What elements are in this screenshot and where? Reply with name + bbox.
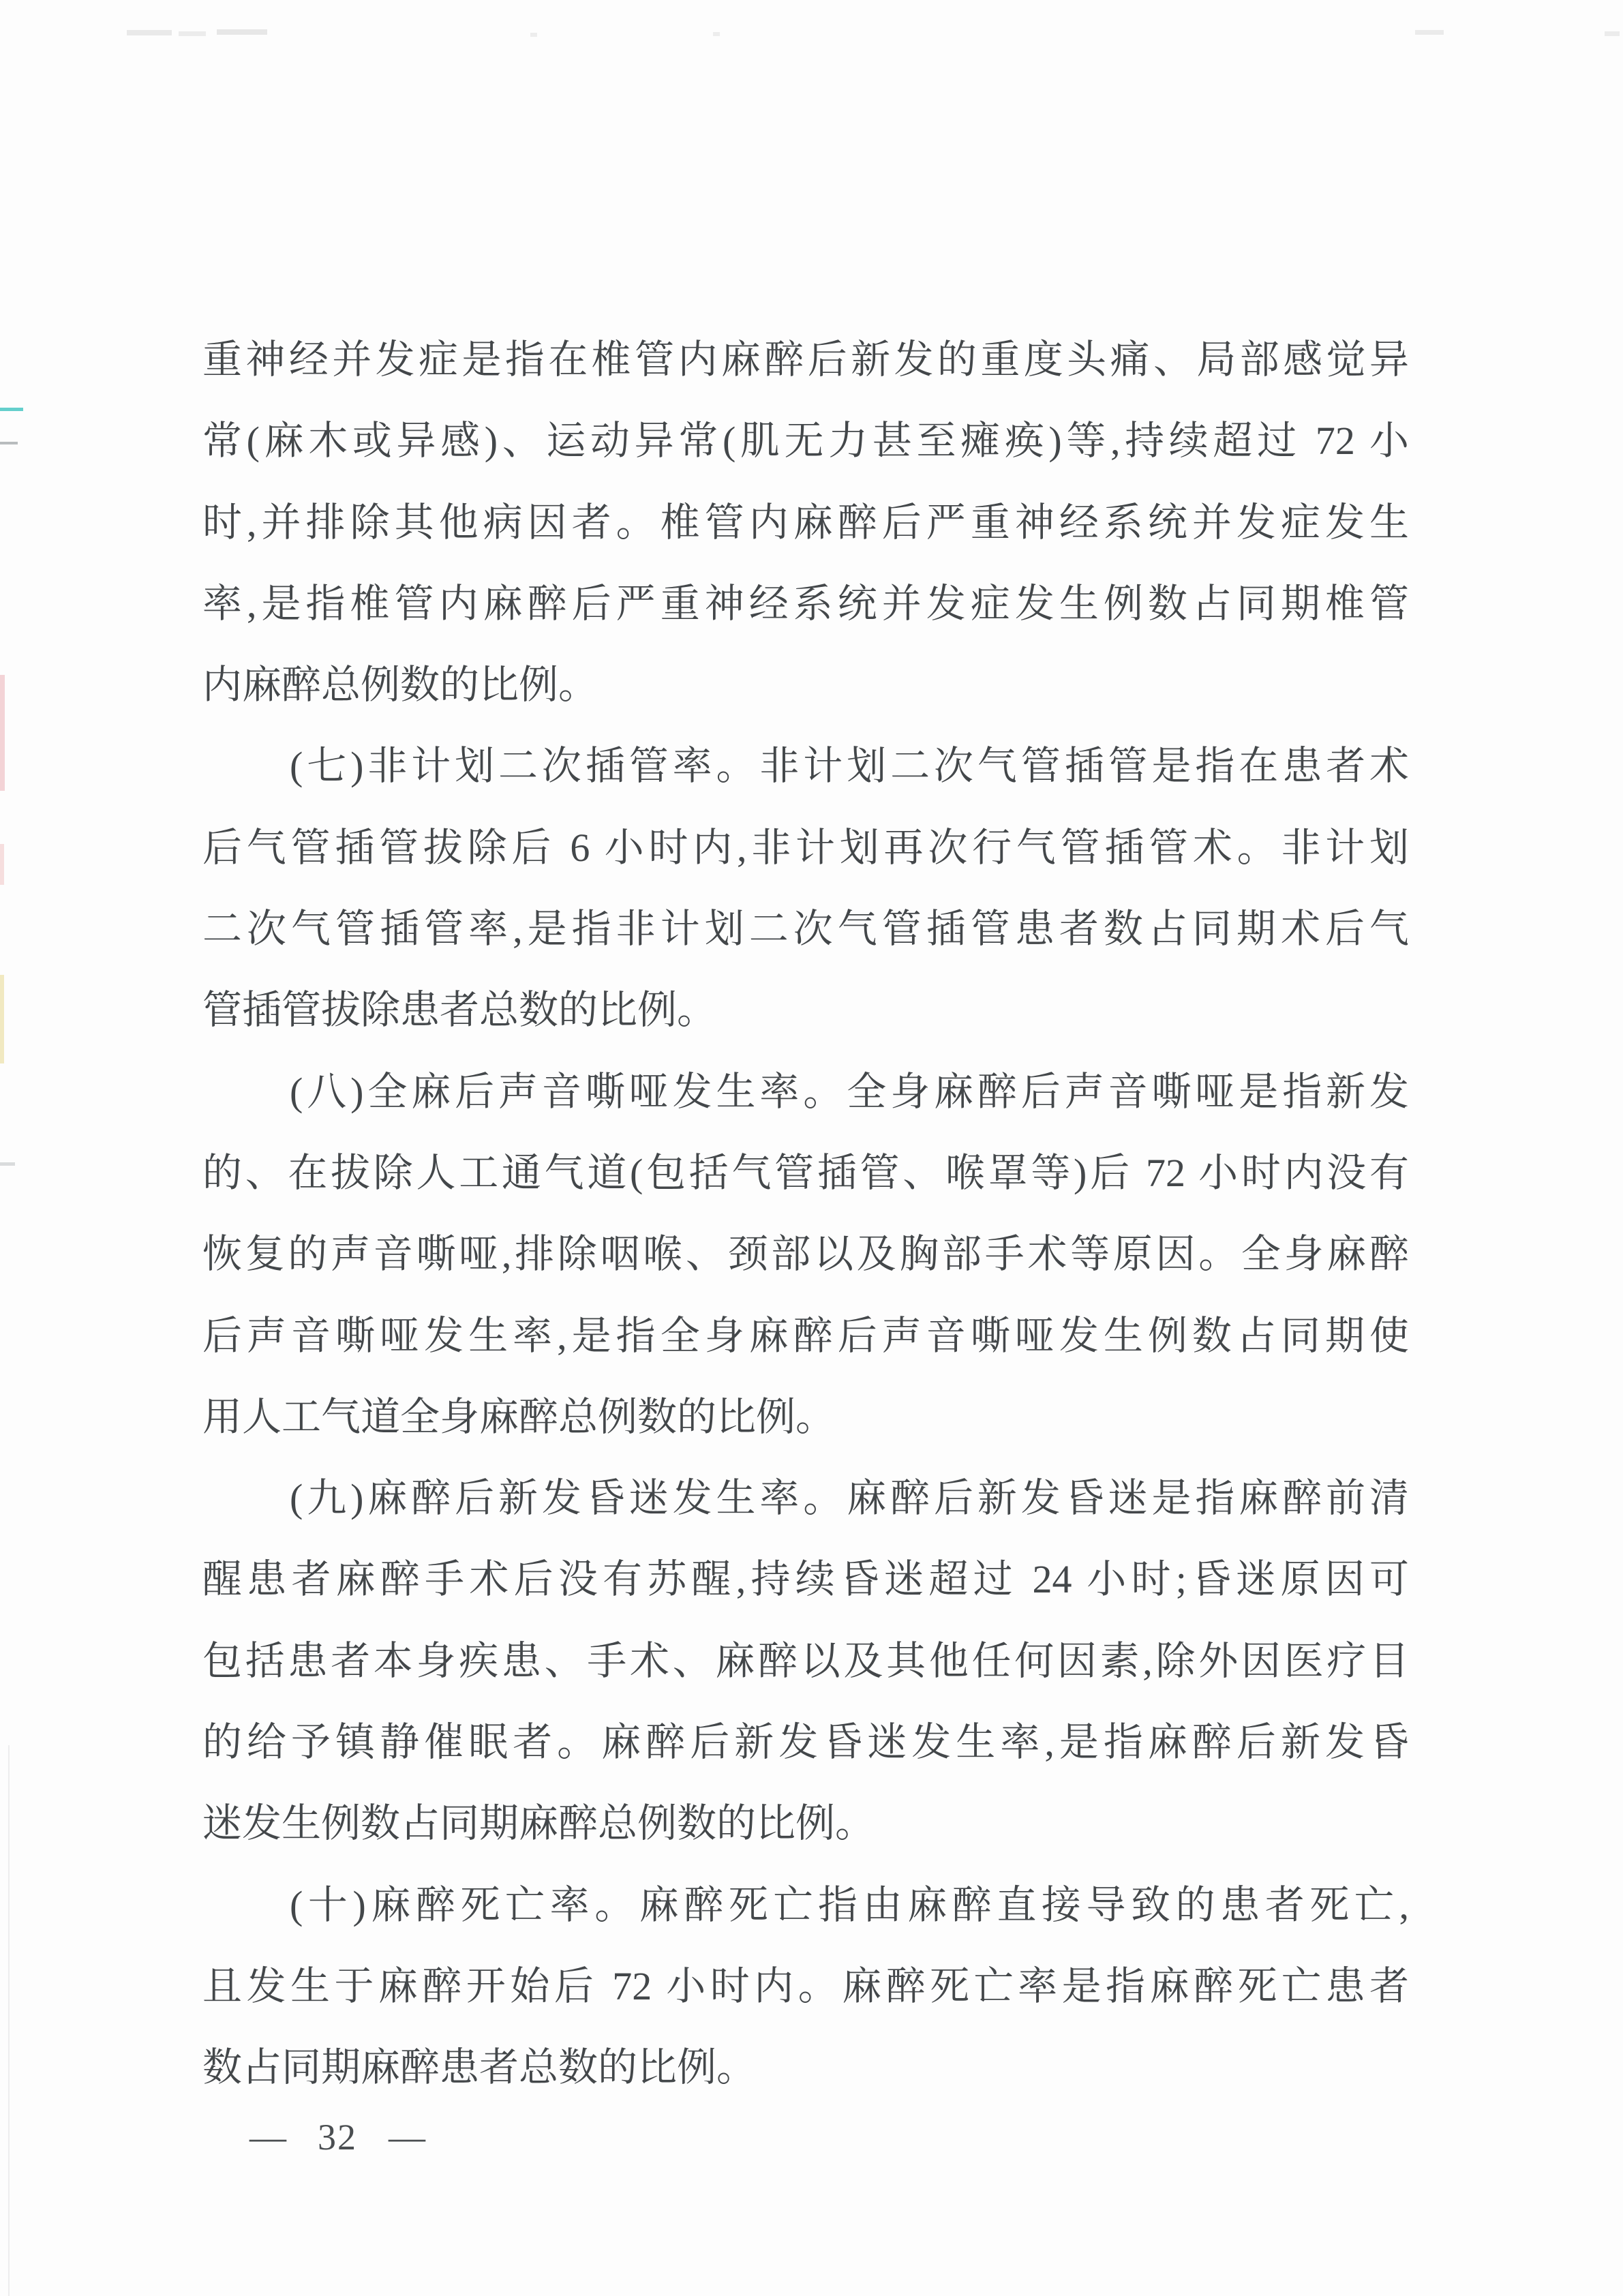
text-line: 恢复的声音嘶哑,排除咽喉、颈部以及胸部手术等原因。全身麻醉 (202, 1213, 1409, 1295)
document-body: 重神经并发症是指在椎管内麻醉后新发的重度头痛、局部感觉异 常(麻木或异感)、运动… (202, 319, 1409, 2109)
scan-artifact (0, 408, 23, 411)
text-line: 后气管插管拔除后 6 小时内,非计划再次行气管插管术。非计划 (202, 807, 1409, 888)
text-line: 迷发生例数占同期麻醉总例数的比例。 (202, 1783, 1409, 1864)
scan-artifact (0, 975, 4, 1063)
page-number-value: 32 (318, 2119, 357, 2156)
text-line: (十)麻醉死亡率。麻醉死亡指由麻醉直接导致的患者死亡, (202, 1864, 1409, 1946)
scan-artifact (1415, 30, 1444, 35)
text-line: (八)全麻后声音嘶哑发生率。全身麻醉后声音嘶哑是指新发 (202, 1051, 1409, 1132)
text-line: 率,是指椎管内麻醉后严重神经系统并发症发生例数占同期椎管 (202, 563, 1409, 644)
scan-artifact (0, 442, 18, 444)
text-line: 的给予镇静催眠者。麻醉后新发昏迷发生率,是指麻醉后新发昏 (202, 1702, 1409, 1783)
text-line: (九)麻醉后新发昏迷发生率。麻醉后新发昏迷是指麻醉前清 (202, 1457, 1409, 1539)
text-line: (七)非计划二次插管率。非计划二次气管插管是指在患者术 (202, 725, 1409, 806)
paragraph-new-coma-rate: (九)麻醉后新发昏迷发生率。麻醉后新发昏迷是指麻醉前清 醒患者麻醉手术后没有苏醒… (202, 1457, 1409, 1864)
scan-artifact (1605, 31, 1620, 36)
text-line: 且发生于麻醉开始后 72 小时内。麻醉死亡率是指麻醉死亡患者 (202, 1946, 1409, 2027)
page-number: — 32 — (249, 2113, 425, 2161)
text-line: 管插管拔除患者总数的比例。 (202, 969, 1409, 1051)
text-line: 时,并排除其他病因者。椎管内麻醉后严重神经系统并发症发生 (202, 482, 1409, 563)
page-number-dash-left: — (249, 2119, 286, 2156)
text-line: 醒患者麻醉手术后没有苏醒,持续昏迷超过 24 小时;昏迷原因可 (202, 1539, 1409, 1620)
scan-artifact (0, 1162, 15, 1166)
text-line: 数占同期麻醉患者总数的比例。 (202, 2027, 1409, 2108)
scan-artifact (217, 29, 267, 35)
scan-artifact (530, 33, 537, 37)
scan-artifact (127, 30, 172, 35)
text-line: 用人工气道全身麻醉总例数的比例。 (202, 1376, 1409, 1457)
page-number-dash-right: — (389, 2119, 425, 2156)
text-line: 内麻醉总例数的比例。 (202, 644, 1409, 725)
text-line: 重神经并发症是指在椎管内麻醉后新发的重度头痛、局部感觉异 (202, 319, 1409, 400)
scan-artifact (713, 32, 720, 36)
paragraph-hoarseness-rate: (八)全麻后声音嘶哑发生率。全身麻醉后声音嘶哑是指新发 的、在拔除人工通气道(包… (202, 1051, 1409, 1457)
text-line: 二次气管插管率,是指非计划二次气管插管患者数占同期术后气 (202, 888, 1409, 969)
document-page: 重神经并发症是指在椎管内麻醉后新发的重度头痛、局部感觉异 常(麻木或异感)、运动… (0, 0, 1623, 2296)
text-line: 的、在拔除人工通气道(包括气管插管、喉罩等)后 72 小时内没有 (202, 1132, 1409, 1213)
text-line: 常(麻木或异感)、运动异常(肌无力甚至瘫痪)等,持续超过 72 小 (202, 400, 1409, 481)
scan-artifact (8, 1745, 10, 2296)
scan-artifact (0, 844, 4, 885)
paragraph-severe-neuro-complications: 重神经并发症是指在椎管内麻醉后新发的重度头痛、局部感觉异 常(麻木或异感)、运动… (202, 319, 1409, 725)
scan-artifact (179, 31, 206, 36)
scan-artifact (0, 675, 5, 791)
paragraph-anesthesia-death-rate: (十)麻醉死亡率。麻醉死亡指由麻醉直接导致的患者死亡, 且发生于麻醉开始后 72… (202, 1864, 1409, 2109)
text-line: 后声音嘶哑发生率,是指全身麻醉后声音嘶哑发生例数占同期使 (202, 1295, 1409, 1376)
paragraph-unplanned-reintubation-rate: (七)非计划二次插管率。非计划二次气管插管是指在患者术 后气管插管拔除后 6 小… (202, 725, 1409, 1051)
text-line: 包括患者本身疾患、手术、麻醉以及其他任何因素,除外因医疗目 (202, 1620, 1409, 1702)
